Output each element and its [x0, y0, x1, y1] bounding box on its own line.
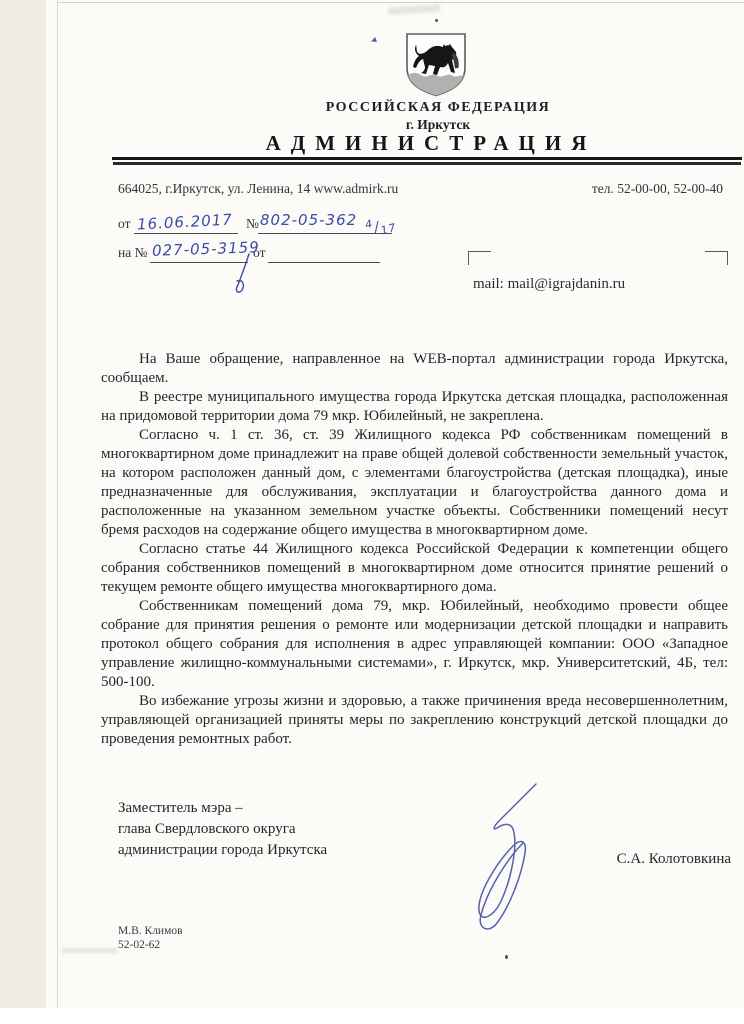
letterhead-country: РОССИЙСКАЯ ФЕДЕРАЦИЯ: [138, 100, 738, 116]
addressee-corner-bracket-left: [468, 251, 491, 265]
page-top-edge-line: [57, 2, 744, 3]
pencil-smudge: [388, 4, 440, 15]
reply-date-underline: [268, 245, 380, 263]
letterhead-rule: [112, 157, 742, 162]
executor-phone: 52-02-62: [118, 938, 183, 952]
reply-ref-label: на №: [118, 245, 147, 261]
addressee-mail-line: mail: mail@igrajdanin.ru: [473, 276, 625, 293]
executor-name: М.В. Климов: [118, 924, 183, 938]
letterhead-phones: тел. 52-00-00, 52-00-40: [592, 181, 723, 197]
addressee-corner-bracket-right: [705, 251, 728, 265]
body-paragraph: Собственникам помещений дома 79, мкр. Юб…: [101, 597, 728, 692]
letterhead-contacts-row: 664025, г.Иркутск, ул. Ленина, 14 www.ad…: [118, 181, 723, 197]
ref-number-handwritten: 802-05-362: [260, 211, 357, 229]
scan-speck: [435, 19, 438, 22]
reply-from-label: от: [253, 245, 265, 261]
irkutsk-babr-coat-of-arms-icon: [402, 31, 470, 99]
letterhead-organization: АДМИНИСТРАЦИЯ: [120, 131, 742, 156]
blue-ink-flourish: [228, 252, 254, 301]
body-paragraph: На Ваше обращение, направленное на WEB-п…: [101, 350, 728, 388]
body-paragraph: Согласно статье 44 Жилищного кодекса Рос…: [101, 540, 728, 597]
scan-speck: [505, 955, 508, 959]
signer-position-line: Заместитель мэра –: [118, 798, 327, 819]
body-paragraph: В реестре муниципального имущества город…: [101, 388, 728, 426]
signer-position: Заместитель мэра – глава Свердловского о…: [118, 798, 327, 861]
ref-from-label: от: [118, 216, 130, 232]
executor-info: М.В. Климов 52-02-62: [118, 924, 183, 952]
letterhead-address: 664025, г.Иркутск, ул. Ленина, 14 www.ad…: [118, 181, 398, 197]
pencil-smudge: [62, 948, 117, 953]
ref-number-label: №: [246, 216, 259, 232]
signer-name: С.А. Колотовкина: [430, 851, 731, 868]
letter-body: На Ваше обращение, направленное на WEB-п…: [101, 350, 728, 749]
scanned-letter-page: ◄ РОССИЙСКАЯ ФЕДЕРАЦИЯ г. Иркутск АДМИНИ…: [0, 0, 744, 1008]
scan-left-margin: [0, 0, 46, 1008]
body-paragraph: Во избежание угрозы жизни и здоровью, а …: [101, 692, 728, 749]
body-paragraph: Согласно ч. 1 ст. 36, ст. 39 Жилищного к…: [101, 426, 728, 540]
blue-pen-mark-icon: ◄: [368, 34, 380, 46]
page-edge-line: [57, 0, 58, 1008]
signer-position-line: администрации города Иркутска: [118, 840, 327, 861]
signer-position-line: глава Свердловского округа: [118, 819, 327, 840]
